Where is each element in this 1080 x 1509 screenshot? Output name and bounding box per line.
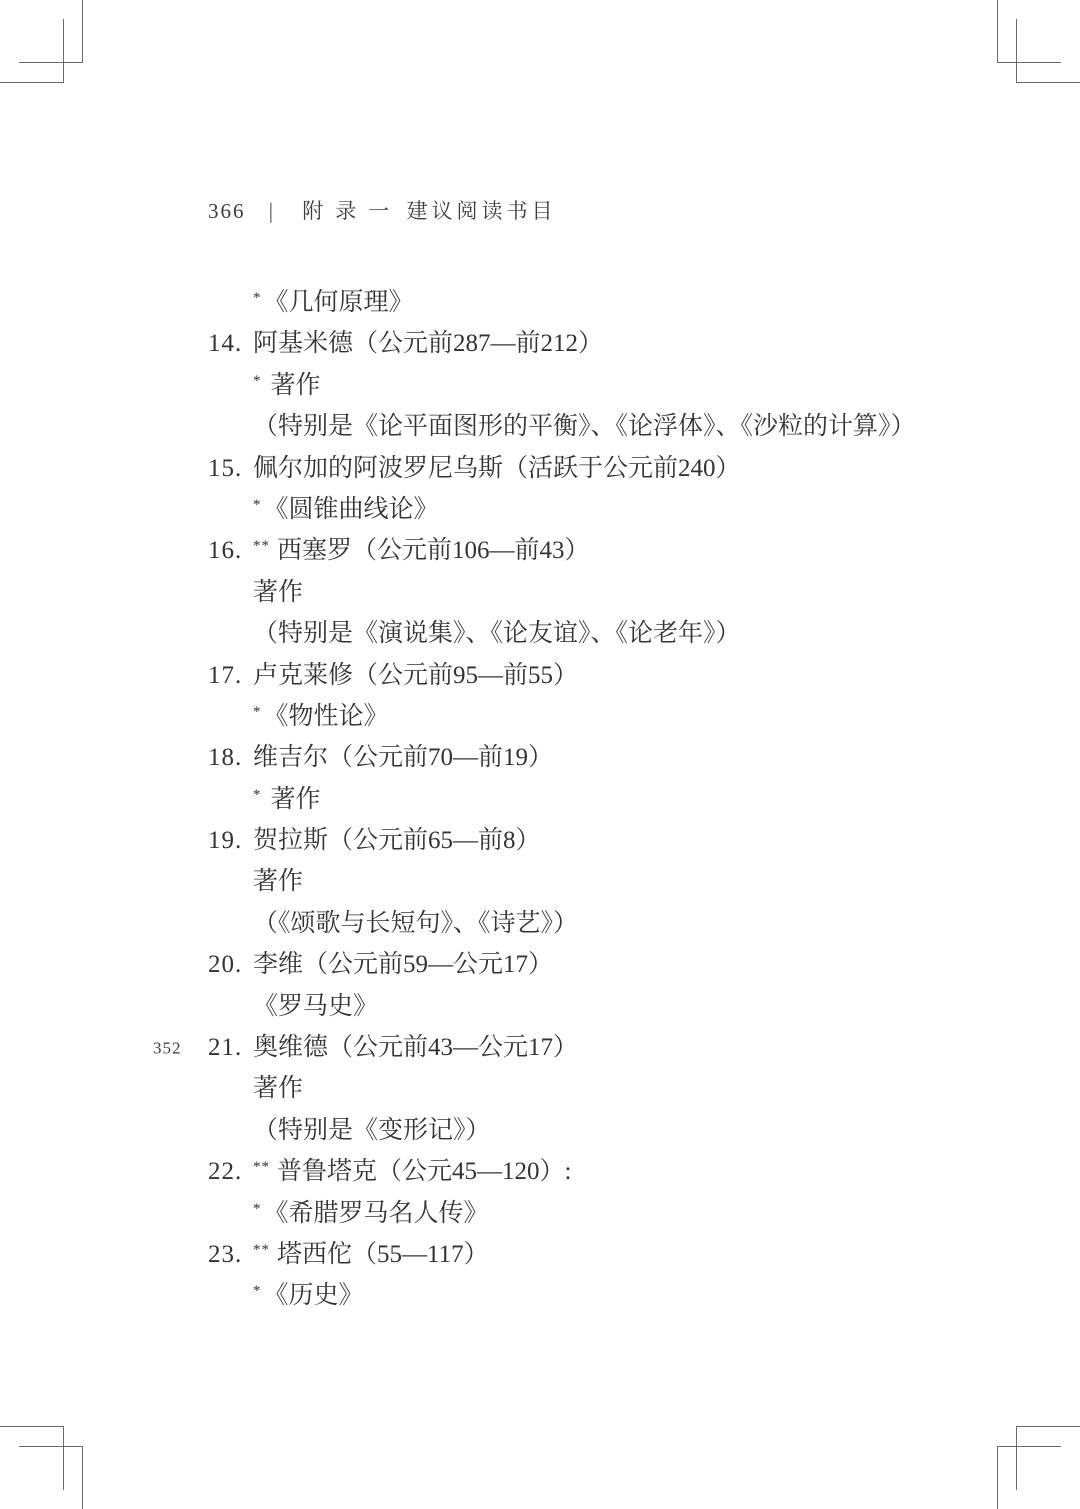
list-item: 18.维吉尔（公元前70—前19）: [0, 737, 1080, 778]
list-item: 16.**西塞罗（公元前106—前43）: [0, 530, 1080, 571]
crop-mark-top-left-inner: [0, 19, 64, 83]
item-text: 李维（公元前59—公元17）: [253, 951, 553, 978]
book-page: 366 | 附录一 建议阅读书目 *《几何原理》14.阿基米德（公元前287—前…: [0, 0, 1080, 1509]
item-text: 维吉尔（公元前70—前19）: [253, 744, 553, 771]
subline-text: 著作: [253, 1075, 303, 1102]
asterisk-marker: *: [253, 1201, 262, 1217]
asterisk-marker: *: [253, 704, 262, 720]
item-number: 17.: [208, 655, 253, 696]
item-number: 19.: [208, 820, 253, 861]
subline-text: （特别是《变形记》）: [253, 1117, 491, 1144]
crop-mark-bottom-left-inner: [0, 1426, 64, 1490]
item-number: 23.: [208, 1234, 253, 1275]
list-subline: 著作: [0, 572, 1080, 613]
reading-list: *《几何原理》14.阿基米德（公元前287—前212）*著作（特别是《论平面图形…: [0, 282, 1080, 1317]
asterisk-marker: **: [253, 1159, 270, 1175]
list-item: 19.贺拉斯（公元前65—前8）: [0, 820, 1080, 861]
item-number: 20.: [208, 944, 253, 985]
list-subline: （特别是《演说集》、《论友谊》、《论老年》）: [0, 613, 1080, 654]
list-subline: *《物性论》: [0, 696, 1080, 737]
subline-text: 《历史》: [264, 1282, 364, 1309]
item-text: 普鲁塔克（公元45—120）:: [277, 1158, 571, 1185]
item-number: 21.: [208, 1027, 253, 1068]
asterisk-marker: **: [253, 538, 270, 554]
subline-text: 《希腊罗马名人传》: [264, 1200, 489, 1227]
list-subline: （特别是《变形记》）: [0, 1110, 1080, 1151]
asterisk-marker: *: [253, 787, 262, 803]
subline-text: 《物性论》: [264, 703, 389, 730]
list-item: 15.佩尔加的阿波罗尼乌斯（活跃于公元前240）: [0, 448, 1080, 489]
list-subline: *著作: [0, 779, 1080, 820]
list-item: 14.阿基米德（公元前287—前212）: [0, 323, 1080, 364]
subline-text: （《颂歌与长短句》、《诗艺》）: [253, 910, 578, 937]
item-number: 14.: [208, 323, 253, 364]
list-item: 35221.奥维德（公元前43—公元17）: [0, 1027, 1080, 1068]
list-subline: （特别是《论平面图形的平衡》、《论浮体》、《沙粒的计算》）: [0, 406, 1080, 447]
subline-text: 《圆锥曲线论》: [264, 496, 439, 523]
item-text: 西塞罗（公元前106—前43）: [277, 537, 590, 564]
page-number: 366: [208, 199, 246, 223]
list-item: 17.卢克莱修（公元前95—前55）: [0, 655, 1080, 696]
item-text: 佩尔加的阿波罗尼乌斯（活跃于公元前240）: [253, 455, 741, 482]
subline-text: 著作: [271, 786, 321, 813]
list-subline: 著作: [0, 1068, 1080, 1109]
item-number: 22.: [208, 1151, 253, 1192]
asterisk-marker: **: [253, 1242, 270, 1258]
item-text: 贺拉斯（公元前65—前8）: [253, 827, 541, 854]
subline-text: （特别是《演说集》、《论友谊》、《论老年》）: [253, 620, 741, 647]
crop-mark-top-right-inner: [1016, 19, 1080, 83]
item-number: 15.: [208, 448, 253, 489]
list-subline: *《历史》: [0, 1275, 1080, 1316]
subline-text: 《几何原理》: [264, 289, 414, 316]
item-text: 阿基米德（公元前287—前212）: [253, 330, 603, 357]
page-header: 366 | 附录一 建议阅读书目: [208, 196, 556, 226]
asterisk-marker: *: [253, 1283, 262, 1299]
item-text: 奥维德（公元前43—公元17）: [253, 1034, 578, 1061]
margin-page-number: 352: [153, 1027, 182, 1068]
list-subline: 《罗马史》: [0, 986, 1080, 1027]
list-subline: *《几何原理》: [0, 282, 1080, 323]
list-subline: *《希腊罗马名人传》: [0, 1193, 1080, 1234]
asterisk-marker: *: [253, 373, 262, 389]
list-subline: 著作: [0, 861, 1080, 902]
list-item: 23.**塔西佗（55—117）: [0, 1234, 1080, 1275]
item-number: 18.: [208, 737, 253, 778]
list-subline: *《圆锥曲线论》: [0, 489, 1080, 530]
subline-text: 《罗马史》: [253, 993, 378, 1020]
list-subline: （《颂歌与长短句》、《诗艺》）: [0, 903, 1080, 944]
subline-text: （特别是《论平面图形的平衡》、《论浮体》、《沙粒的计算》）: [253, 413, 916, 440]
subline-text: 著作: [253, 868, 303, 895]
list-item: 20.李维（公元前59—公元17）: [0, 944, 1080, 985]
item-text: 塔西佗（55—117）: [277, 1241, 489, 1268]
header-separator: |: [269, 195, 273, 227]
subline-text: 著作: [271, 372, 321, 399]
item-number: 16.: [208, 530, 253, 571]
item-text: 卢克莱修（公元前95—前55）: [253, 662, 578, 689]
list-subline: *著作: [0, 365, 1080, 406]
asterisk-marker: *: [253, 290, 262, 306]
header-title: 建议阅读书目: [406, 199, 556, 223]
subline-text: 著作: [253, 579, 303, 606]
crop-mark-bottom-right-inner: [1016, 1426, 1080, 1490]
list-item: 22.**普鲁塔克（公元45—120）:: [0, 1151, 1080, 1192]
header-section: 附录一: [302, 199, 401, 223]
asterisk-marker: *: [253, 497, 262, 513]
